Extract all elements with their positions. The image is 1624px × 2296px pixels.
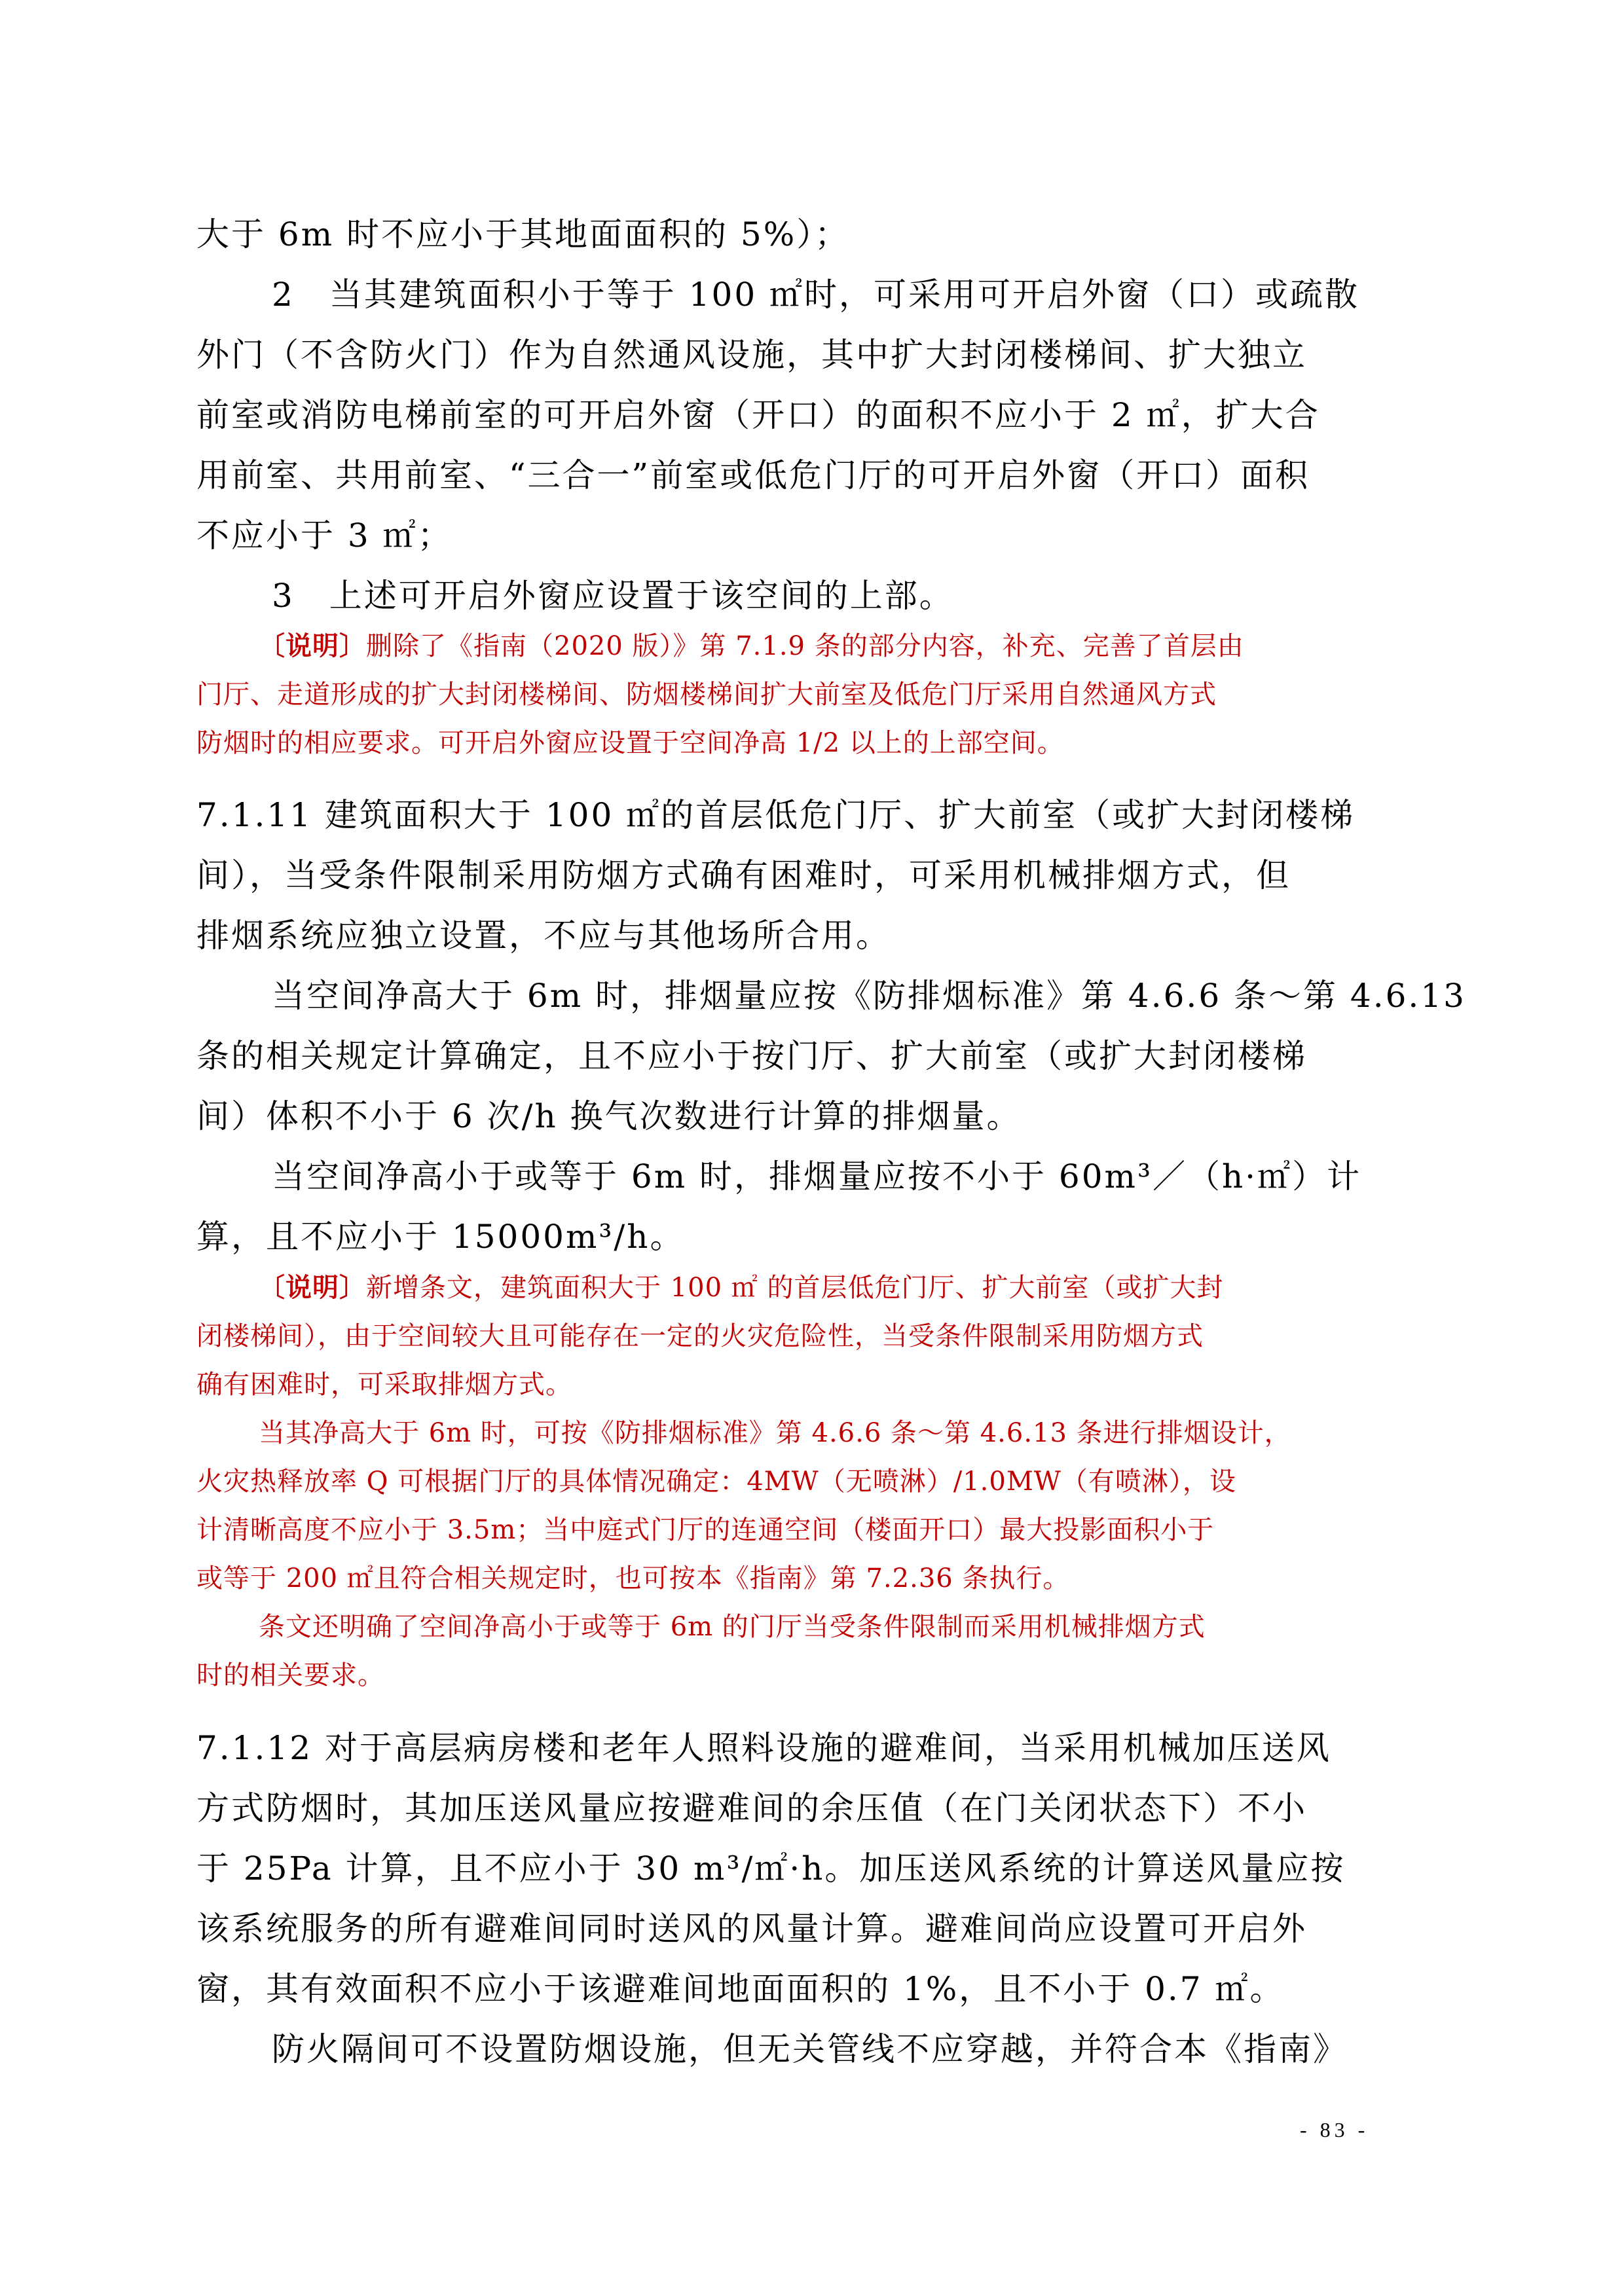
list-item-3-line: 3 上述可开启外窗应设置于该空间的上部。 <box>272 570 954 617</box>
clause-line: 窗，其有效面积不应小于该避难间地面面积的 1%，且不小于 0.7 ㎡。 <box>196 1963 1285 2010</box>
note-line: 或等于 200 ㎡且符合相关规定时，也可按本《指南》第 7.2.36 条执行。 <box>196 1558 1069 1595</box>
note-label: 〔说明〕 <box>259 1272 366 1303</box>
body-para-line: 当空间净高大于 6m 时，排烟量应按《防排烟标准》第 4.6.6 条～第 4.6… <box>272 970 1466 1017</box>
list-item-2-line: 不应小于 3 ㎡； <box>196 509 452 556</box>
note-line: 当其净高大于 6m 时，可按《防排烟标准》第 4.6.6 条～第 4.6.13 … <box>259 1412 1291 1449</box>
body-para-line: 算，且不应小于 15000m³/h。 <box>196 1211 684 1258</box>
body-para-line: 当空间净高小于或等于 6m 时，排烟量应按不小于 60m³／（h·㎡）计 <box>272 1150 1361 1197</box>
note-line: 时的相关要求。 <box>196 1654 384 1692</box>
body-line: 大于 6m 时不应小于其地面面积的 5%）； <box>196 208 849 255</box>
list-item-2-line: 用前室、共用前室、“三合一”前室或低危门厅的可开启外窗（开口）面积 <box>196 449 1310 496</box>
note-line: 条文还明确了空间净高小于或等于 6m 的门厅当受条件限制而采用机械排烟方式 <box>259 1606 1206 1643</box>
note-line: 门厅、走道形成的扩大封闭楼梯间、防烟楼梯间扩大前室及低危门厅采用自然通风方式 <box>196 674 1217 711</box>
note-line: 闭楼梯间），由于空间较大且可能存在一定的火灾危险性，当受条件限制采用防烟方式 <box>196 1315 1204 1353</box>
note-line: 〔说明〕删除了《指南（2020 版）》第 7.1.9 条的部分内容，补充、完善了… <box>259 625 1244 663</box>
note-line: 防烟时的相应要求。可开启外窗应设置于空间净高 1/2 以上的上部空间。 <box>196 722 1064 759</box>
list-item-2-line: 前室或消防电梯前室的可开启外窗（开口）的面积不应小于 2 ㎡，扩大合 <box>196 389 1320 436</box>
clause-line: 排烟系统应独立设置，不应与其他场所合用。 <box>196 909 891 957</box>
note-label: 〔说明〕 <box>259 630 366 661</box>
body-para-line: 间）体积不小于 6 次/h 换气次数进行计算的排烟量。 <box>196 1090 1022 1137</box>
note-line: 火灾热释放率 Q 可根据门厅的具体情况确定：4MW（无喷淋）/1.0MW（有喷淋… <box>196 1461 1236 1498</box>
clause-line: 该系统服务的所有避难间同时送风的风量计算。避难间尚应设置可开启外 <box>196 1903 1307 1950</box>
body-para-line: 条的相关规定计算确定，且不应小于按门厅、扩大前室（或扩大封闭楼梯 <box>196 1030 1307 1077</box>
clause-7-1-12-heading: 7.1.12 对于高层病房楼和老年人照料设施的避难间，当采用机械加压送风 <box>196 1722 1331 1769</box>
clause-line: 间），当受条件限制采用防烟方式确有困难时，可采用机械排烟方式，但 <box>196 849 1291 896</box>
body-para-line: 防火隔间可不设置防烟设施，但无关管线不应穿越，并符合本《指南》 <box>272 2023 1348 2070</box>
note-line: 计清晰高度不应小于 3.5m；当中庭式门厅的连通空间（楼面开口）最大投影面积小于 <box>196 1509 1214 1546</box>
clause-line: 于 25Pa 计算，且不应小于 30 m³/㎡·h。加压送风系统的计算送风量应按 <box>196 1842 1345 1889</box>
page-number: - 83 - <box>1300 2118 1369 2142</box>
list-item-2-line: 外门（不含防火门）作为自然通风设施，其中扩大封闭楼梯间、扩大独立 <box>196 329 1307 376</box>
list-item-2-line: 2 当其建筑面积小于等于 100 ㎡时，可采用可开启外窗（口）或疏散 <box>272 268 1359 316</box>
clause-7-1-11-heading: 7.1.11 建筑面积大于 100 ㎡的首层低危门厅、扩大前室（或扩大封闭楼梯 <box>196 789 1355 836</box>
note-line: 〔说明〕新增条文，建筑面积大于 100 ㎡ 的首层低危门厅、扩大前室（或扩大封 <box>259 1267 1224 1304</box>
note-line: 确有困难时，可采取排烟方式。 <box>196 1364 572 1401</box>
clause-line: 方式防烟时，其加压送风量应按避难间的余压值（在门关闭状态下）不小 <box>196 1782 1307 1829</box>
